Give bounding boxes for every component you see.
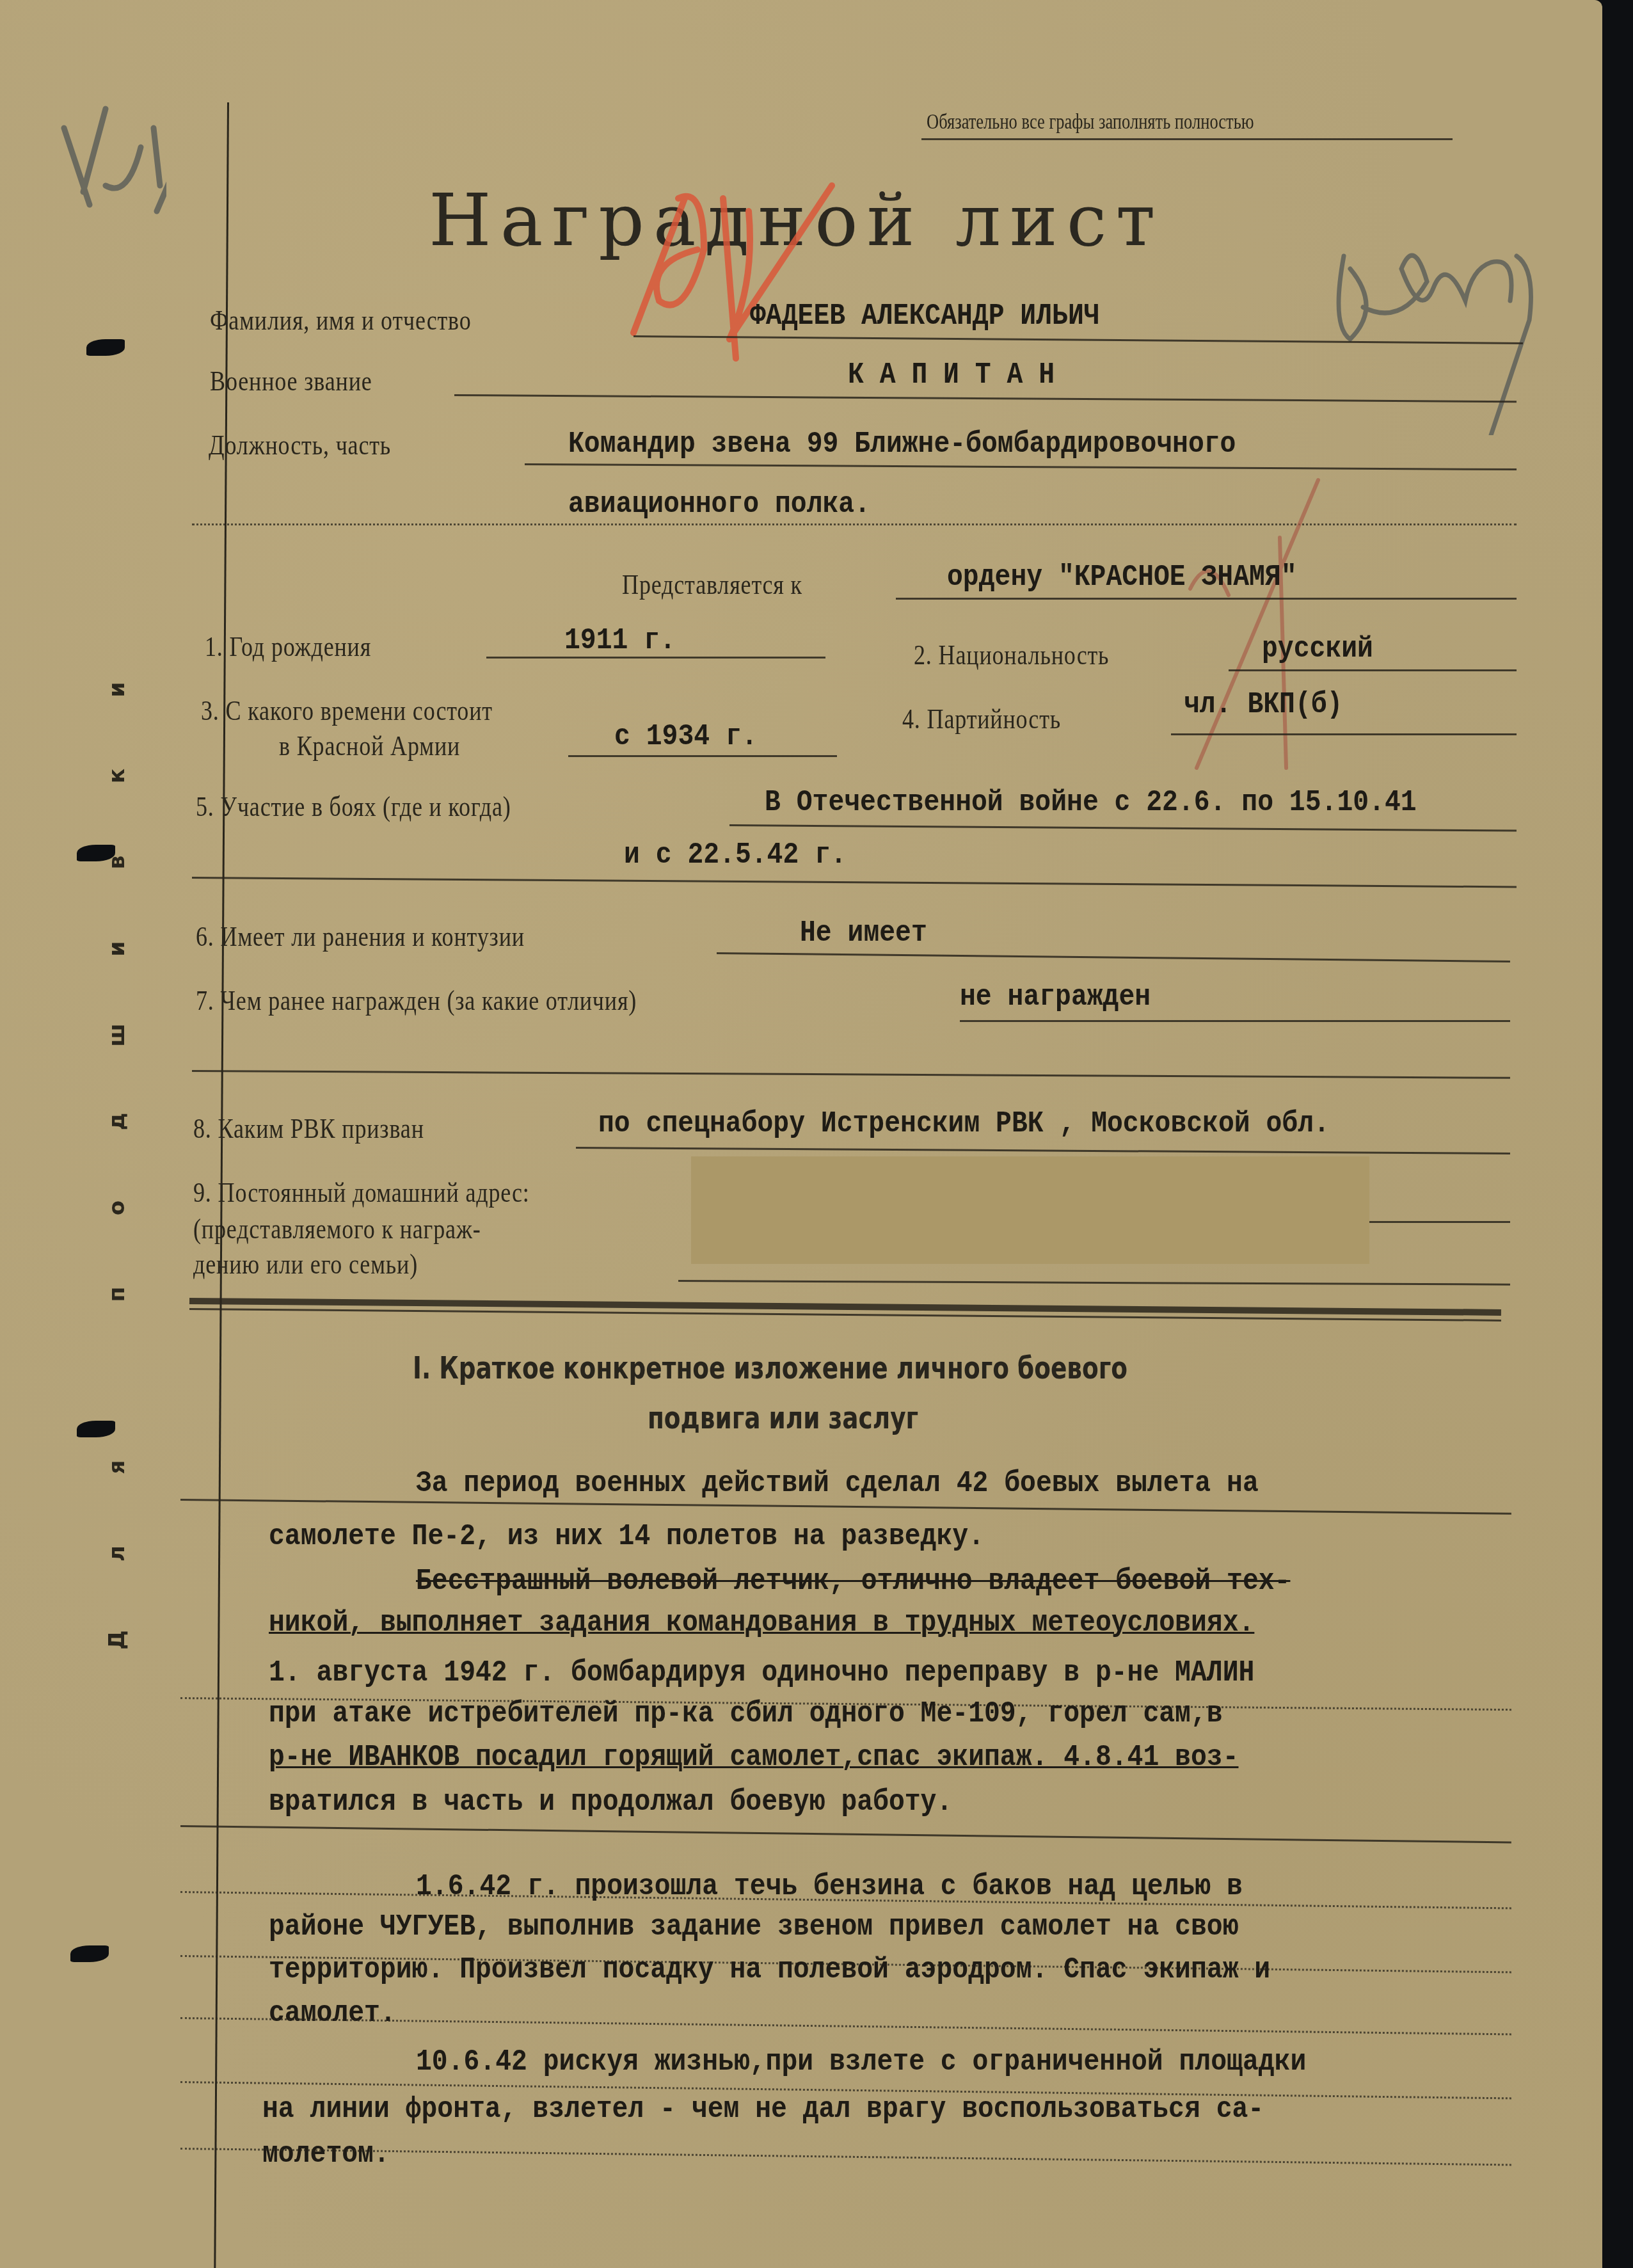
section1-heading-line1: I. Краткое конкретное изложение личного … — [413, 1350, 1127, 1386]
section1-heading-line2: подвига или заслуг — [648, 1400, 918, 1436]
narrative-line: 10.6.42 рискуя жизнью,при взлете с огран… — [416, 2045, 1306, 2079]
party-label: 4. Партийность — [902, 703, 1061, 735]
address-rule-2 — [678, 1280, 1510, 1286]
red-pencil-slash-icon — [1171, 461, 1376, 781]
margin-char: о — [104, 1189, 191, 1227]
margin-char: к — [104, 757, 191, 795]
birth-year-rule — [486, 657, 825, 659]
battles-rule-2 — [192, 877, 1517, 888]
wounds-label: 6. Имеет ли ранения и контузии — [196, 920, 525, 953]
prior-awards-rule-1 — [960, 1020, 1510, 1022]
wounds-rule — [717, 952, 1510, 962]
redacted-address — [691, 1156, 1369, 1264]
narrative-line: 1.6.42 г. произошла течь бензина с баков… — [416, 1870, 1243, 1903]
punch-hole — [86, 339, 125, 356]
nominated-rule — [896, 598, 1517, 600]
binding-margin-label: и к в и ш д о п я л Д — [128, 646, 166, 1683]
narrative-line: р-не ИВАНКОВ посадил горящий самолет,спа… — [269, 1741, 1238, 1774]
party-value: чл. ВКП(б) — [1184, 688, 1342, 721]
narrative-line: самолет. — [269, 1997, 396, 2030]
narrative-line: 1. августа 1942 г. бомбардируя одиночно … — [269, 1656, 1254, 1689]
margin-char: в — [104, 843, 191, 882]
service-since-value: с 1934 г. — [614, 720, 758, 753]
service-since-label-2: в Красной Армии — [279, 730, 460, 762]
margin-char: ш — [104, 1016, 191, 1055]
punch-hole — [77, 1421, 115, 1437]
narrative-line: молетом. — [262, 2137, 390, 2171]
prior-awards-rule-2 — [192, 1070, 1510, 1079]
narrative-line: районе ЧУГУЕВ, выполнив задание звеном п… — [269, 1910, 1238, 1944]
address-label-2: (представляемого к награж- — [193, 1213, 481, 1245]
margin-char: л — [104, 1535, 191, 1573]
punch-hole — [77, 845, 115, 861]
narrative-line: при атаке истребителей пр-ка сбил одного… — [269, 1697, 1223, 1730]
battles-value-line2: и с 22.5.42 г. — [624, 838, 847, 872]
margin-char: я — [104, 1448, 191, 1487]
prior-awards-value: не награжден — [960, 980, 1151, 1014]
narrative-rule — [180, 1825, 1511, 1843]
narrative-rule — [180, 1499, 1511, 1515]
rvk-rule — [576, 1147, 1510, 1154]
pencil-margin-note-icon — [38, 90, 166, 218]
nominated-value: ордену "КРАСНОЕ ЗНАМЯ" — [947, 561, 1297, 594]
rvk-value: по спецнабору Истренским РВК , Московско… — [598, 1107, 1330, 1140]
award-sheet: и к в и ш д о п я л Д Обязательно все гр… — [0, 0, 1602, 2268]
narrative-line-struck: Бесстрашный волевой летчик, отлично влад… — [416, 1565, 1290, 1598]
margin-char: д — [104, 1103, 191, 1141]
punch-hole — [70, 1945, 109, 1962]
service-since-label-1: 3. С какого времени состоит — [201, 694, 493, 727]
birth-year-label: 1. Год рождения — [205, 630, 371, 663]
address-rule-1 — [1369, 1221, 1510, 1223]
narrative-line: на линии фронта, взлетел - чем не дал вр… — [262, 2093, 1264, 2126]
rank-value: К А П И Т А Н — [848, 358, 1055, 392]
battles-label: 5. Участие в боях (где и когда) — [196, 790, 511, 823]
birth-year-value: 1911 г. — [564, 624, 676, 657]
header-note-rule — [921, 138, 1453, 140]
margin-char: п — [104, 1275, 191, 1314]
address-label-1: 9. Постоянный домашний адрес: — [193, 1176, 530, 1209]
margin-char: Д — [104, 1621, 191, 1659]
section-divider-thick — [189, 1298, 1501, 1316]
fio-value: ФАДЕЕВ АЛЕКСАНДР ИЛЬИЧ — [750, 299, 1100, 333]
narrative-line: никой, выполняет задания командования в … — [269, 1606, 1254, 1640]
margin-char — [104, 1362, 191, 1400]
nationality-label: 2. Национальность — [914, 639, 1109, 671]
position-label: Должность, часть — [209, 429, 391, 461]
prior-awards-label: 7. Чем ранее награжден (за какие отличия… — [196, 984, 637, 1017]
narrative-line: За период военных действий сделал 42 бое… — [416, 1467, 1259, 1500]
position-value-line2: авиационного полка. — [568, 488, 870, 521]
narrative-line: территорию. Произвел посадку на полевой … — [269, 1953, 1270, 1986]
margin-char: и — [104, 671, 191, 709]
battles-value-line1: В Отечественной войне с 22.6. по 15.10.4… — [765, 786, 1417, 819]
header-note: Обязательно все графы заполнять полность… — [927, 110, 1254, 134]
position-value-line1: Командир звена 99 Ближне-бомбардировочно… — [568, 427, 1236, 461]
rank-label: Военное звание — [210, 365, 372, 397]
margin-char: и — [104, 930, 191, 968]
service-since-rule — [568, 755, 837, 757]
pencil-signature-icon — [1325, 230, 1555, 435]
wounds-value: Не имеет — [800, 916, 927, 950]
nationality-rule — [1229, 669, 1517, 671]
rvk-label: 8. Каким РВК призван — [193, 1112, 424, 1145]
address-label-3: дению или его семьи) — [193, 1248, 418, 1281]
narrative-line: самолете Пе-2, из них 14 полетов на разв… — [269, 1520, 984, 1553]
nationality-value: русский — [1262, 632, 1373, 666]
narrative-line: вратился в часть и продолжал боевую рабо… — [269, 1785, 952, 1819]
battles-rule-1 — [729, 824, 1517, 832]
nominated-label: Представляется к — [622, 568, 802, 601]
fio-label: Фамилия, имя и отчество — [210, 304, 472, 337]
party-rule — [1171, 733, 1517, 735]
